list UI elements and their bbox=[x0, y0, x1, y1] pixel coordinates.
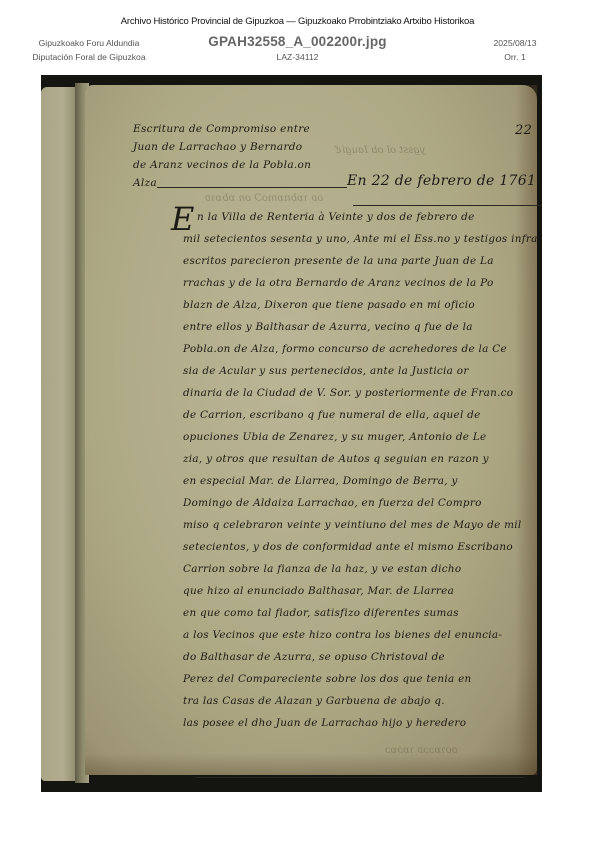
body-line: en que como tal fiador, satisfizo difere… bbox=[183, 607, 459, 619]
export-date: 2025/08/13 bbox=[470, 38, 560, 48]
body-line: entre ellos y Balthasar de Azurra, vecin… bbox=[183, 321, 473, 333]
closing-rule bbox=[195, 777, 525, 778]
body-line: dinaria de la Ciudad de V. Sor. y poster… bbox=[183, 387, 513, 399]
body-line: setecientos, y dos de conformidad ante e… bbox=[183, 541, 513, 553]
body-line: Perez del Compareciente sobre los dos qu… bbox=[183, 673, 472, 685]
body-line: rrachas y de la otra Bernardo de Aranz v… bbox=[183, 277, 494, 289]
body-line: escritos parecieron presente de la una p… bbox=[183, 255, 494, 267]
body-line: mil setecientos sesenta y uno, Ante mi e… bbox=[183, 233, 538, 245]
body-line: las posee el dho Juan de Larrachao hijo … bbox=[183, 717, 466, 729]
body-line: de Carrion, escribano q fue numeral de e… bbox=[183, 409, 481, 421]
body-line: sia de Acular y sus pertenecidos, ante l… bbox=[183, 365, 469, 377]
document-date: En 22 de febrero de 1761 bbox=[347, 173, 536, 189]
margin-note-line: Alza bbox=[133, 177, 157, 189]
manuscript-page: ygsst ol ob Iaugiℭ oᴅ ɿɒbnɒmoϽ on ɒbɒɿɐ … bbox=[85, 85, 537, 775]
body-line: Pobla.on de Alza, formo concurso de acre… bbox=[183, 343, 507, 355]
body-line: blazn de Alza, Dixeron que tiene pasado … bbox=[183, 299, 475, 311]
body-line: tra las Casas de Alazan y Garbuena de ab… bbox=[183, 695, 445, 707]
body-line: Domingo de Aldaiza Larrachao, en fuerza … bbox=[183, 497, 482, 509]
margin-note-line: de Aranz vecinos de la Pobla.on bbox=[133, 159, 311, 171]
margin-rule bbox=[157, 187, 347, 188]
margin-note-line: Escritura de Compromiso entre bbox=[133, 123, 310, 135]
page-bottom-shadow bbox=[85, 753, 537, 775]
page-label: Orr. 1 bbox=[470, 52, 560, 62]
body-line: opuciones Ubia de Zenarez, y su muger, A… bbox=[183, 431, 487, 443]
body-line: en especial Mar. de Llarrea, Domingo de … bbox=[183, 475, 458, 487]
ink-bleed-through: oᴅ ɿɒbnɒmoϽ on ɒbɒɿɐ bbox=[205, 193, 323, 204]
body-line: do Balthasar de Azurra, se opuso Christo… bbox=[183, 651, 445, 663]
body-line: que hizo al enunciado Balthasar, Mar. de… bbox=[183, 585, 454, 597]
facing-page-edge bbox=[41, 87, 77, 781]
date-rule bbox=[353, 205, 542, 206]
body-line: zia, y otros que resultan de Autos q seg… bbox=[183, 453, 489, 465]
manuscript-scan: ygsst ol ob Iaugiℭ oᴅ ɿɒbnɒmoϽ on ɒbɒɿɐ … bbox=[41, 75, 542, 792]
ink-bleed-through: ooɿɒɔɔᴅ ɿɒɔɒɔ bbox=[385, 745, 458, 756]
margin-note-line: Juan de Larrachao y Bernardo bbox=[133, 141, 302, 153]
body-line: Carrion sobre la fianza de la haz, y ve … bbox=[183, 563, 461, 575]
body-line: miso q celebraron veinte y veintiuno del… bbox=[183, 519, 522, 531]
folio-number: 22 bbox=[515, 123, 532, 138]
ink-bleed-through: ygsst ol ob Iaugiℭ bbox=[335, 145, 426, 156]
body-line: n la Villa de Renteria à Veinte y dos de… bbox=[197, 211, 475, 223]
archive-title: Archivo Histórico Provincial de Gipuzkoa… bbox=[0, 16, 595, 27]
body-line: a los Vecinos que este hizo contra los b… bbox=[183, 629, 502, 641]
